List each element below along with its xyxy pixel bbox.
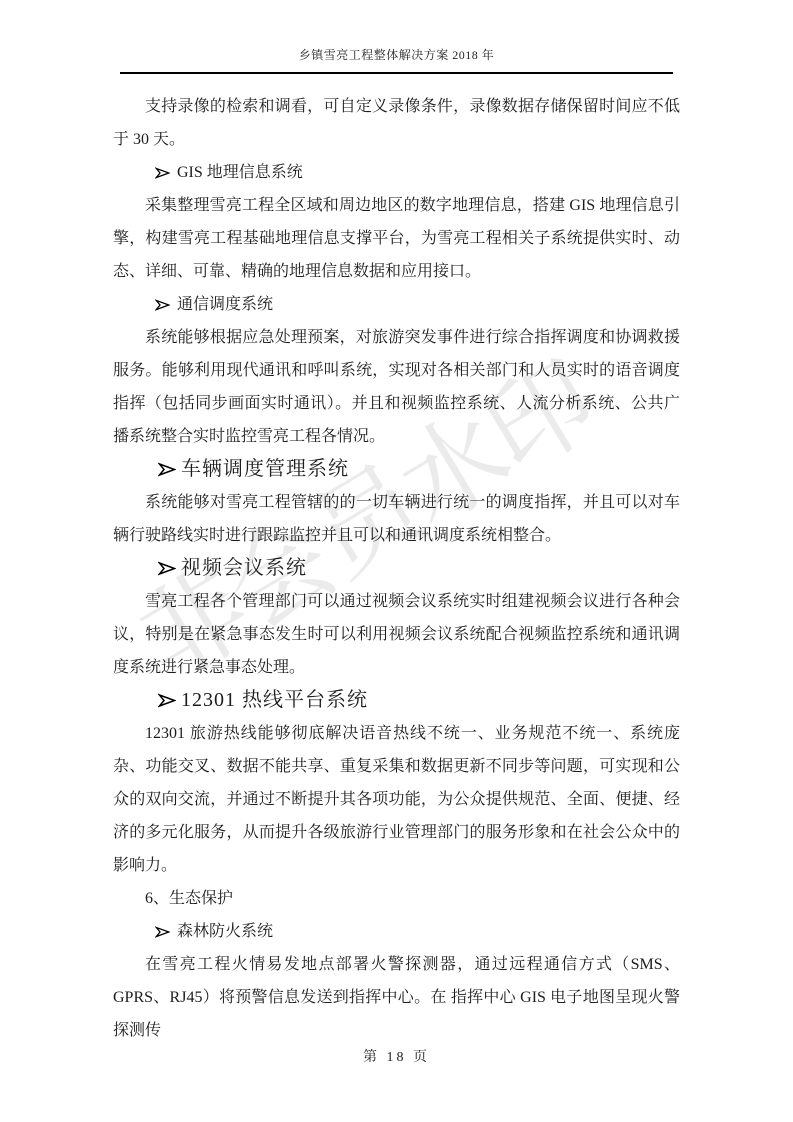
paragraph: 采集整理雪亮工程全区域和周边地区的数字地理信息，搭建 GIS 地理信息引擎，构建…	[113, 189, 680, 288]
arrow-bullet-icon	[155, 299, 170, 311]
paragraph: 12301 旅游热线能够彻底解决语音热线不统一、业务规范不统一、系统庞杂、功能交…	[113, 717, 680, 882]
arrow-bullet-icon	[155, 167, 170, 179]
section-heading-vehicle-dispatch: 车辆调度管理系统	[113, 453, 680, 486]
section-heading-video-conference: 视频会议系统	[113, 552, 680, 585]
section-heading-forest-fire: 森林防火系统	[113, 915, 680, 948]
heading-label: 视频会议系统	[181, 552, 307, 585]
heading-label: 通信调度系统	[177, 288, 273, 321]
heading-label: 12301 热线平台系统	[181, 684, 368, 717]
numbered-heading-ecology: 6、生态保护	[113, 882, 680, 915]
arrow-bullet-icon	[155, 926, 170, 938]
page-header: 乡镇雪亮工程整体解决方案 2018 年	[120, 46, 673, 74]
paragraph: 雪亮工程各个管理部门可以通过视频会议系统实时组建视频会议进行各种会议，特别是在紧…	[113, 585, 680, 684]
header-title: 乡镇雪亮工程整体解决方案 2018 年	[299, 48, 495, 62]
arrow-bullet-icon	[158, 561, 176, 576]
paragraph: 在雪亮工程火情易发地点部署火警探测器，通过远程通信方式（SMS、GPRS、RJ4…	[113, 948, 680, 1047]
section-heading-communication-dispatch: 通信调度系统	[113, 288, 680, 321]
document-body: 支持录像的检索和调看，可自定义录像条件，录像数据存储保留时间应不低于 30 天。…	[113, 90, 680, 1047]
paragraph: 系统能够对雪亮工程管辖的的一切车辆进行统一的调度指挥，并且可以对车辆行驶路线实时…	[113, 486, 680, 552]
heading-label: 车辆调度管理系统	[181, 453, 349, 486]
paragraph: 系统能够根据应急处理预案，对旅游突发事件进行综合指挥调度和协调救援服务。能够利用…	[113, 321, 680, 453]
document-page: 非会员水印 乡镇雪亮工程整体解决方案 2018 年 支持录像的检索和调看，可自定…	[0, 0, 793, 1122]
page-number: 第 18 页	[363, 1050, 430, 1065]
paragraph: 支持录像的检索和调看，可自定义录像条件，录像数据存储保留时间应不低于 30 天。	[113, 90, 680, 156]
section-heading-12301-hotline: 12301 热线平台系统	[113, 684, 680, 717]
arrow-bullet-icon	[158, 693, 176, 708]
page-footer: 第 18 页	[0, 1046, 793, 1066]
heading-label: GIS 地理信息系统	[177, 156, 303, 189]
arrow-bullet-icon	[158, 462, 176, 477]
heading-label: 森林防火系统	[177, 915, 273, 948]
section-heading-gis: GIS 地理信息系统	[113, 156, 680, 189]
